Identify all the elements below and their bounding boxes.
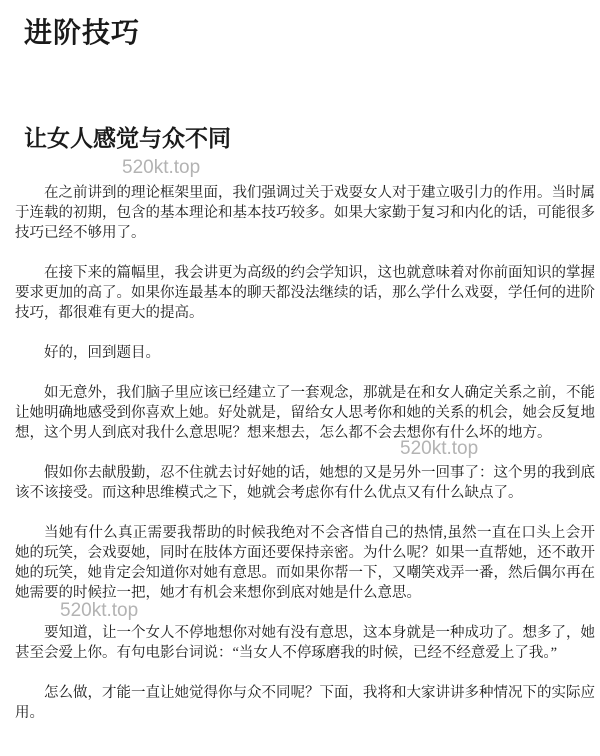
paragraph: 如无意外，我们脑子里应该已经建立了一套观念，那就是在和女人确定关系之前，不能让她… [15, 383, 595, 443]
paragraph: 当她有什么真正需要我帮助的时候我绝对不会吝惜自己的热情,虽然一直在口头上会开她的… [15, 523, 595, 603]
section-heading: 让女人感觉与众不同 [24, 124, 600, 154]
paragraph: 在接下来的篇幅里，我会讲更为高级的约会学知识，这也就意味着对你前面知识的掌握要求… [15, 263, 595, 323]
paragraph: 在之前讲到的理论框架里面，我们强调过关于戏耍女人对于建立吸引力的作用。当时属于连… [15, 183, 595, 243]
paragraph: 假如你去献殷勤，忍不住就去讨好她的话，她想的又是另外一回事了：这个男的我到底该不… [15, 463, 595, 503]
document-title: 进阶技巧 [24, 16, 600, 52]
paragraph: 要知道，让一个女人不停地想你对她有没有意思，这本身就是一种成功了。想多了，她甚至… [15, 623, 595, 663]
document-body: 在之前讲到的理论框架里面，我们强调过关于戏耍女人对于建立吸引力的作用。当时属于连… [0, 183, 600, 723]
paragraph: 好的，回到题目。 [15, 343, 595, 363]
watermark: 520kt.top [122, 157, 200, 179]
document-page: 进阶技巧 让女人感觉与众不同 在之前讲到的理论框架里面，我们强调过关于戏耍女人对… [0, 0, 600, 756]
paragraph: 怎么做，才能一直让她觉得你与众不同呢？下面，我将和大家讲讲多种情况下的实际应用。 [15, 683, 595, 723]
